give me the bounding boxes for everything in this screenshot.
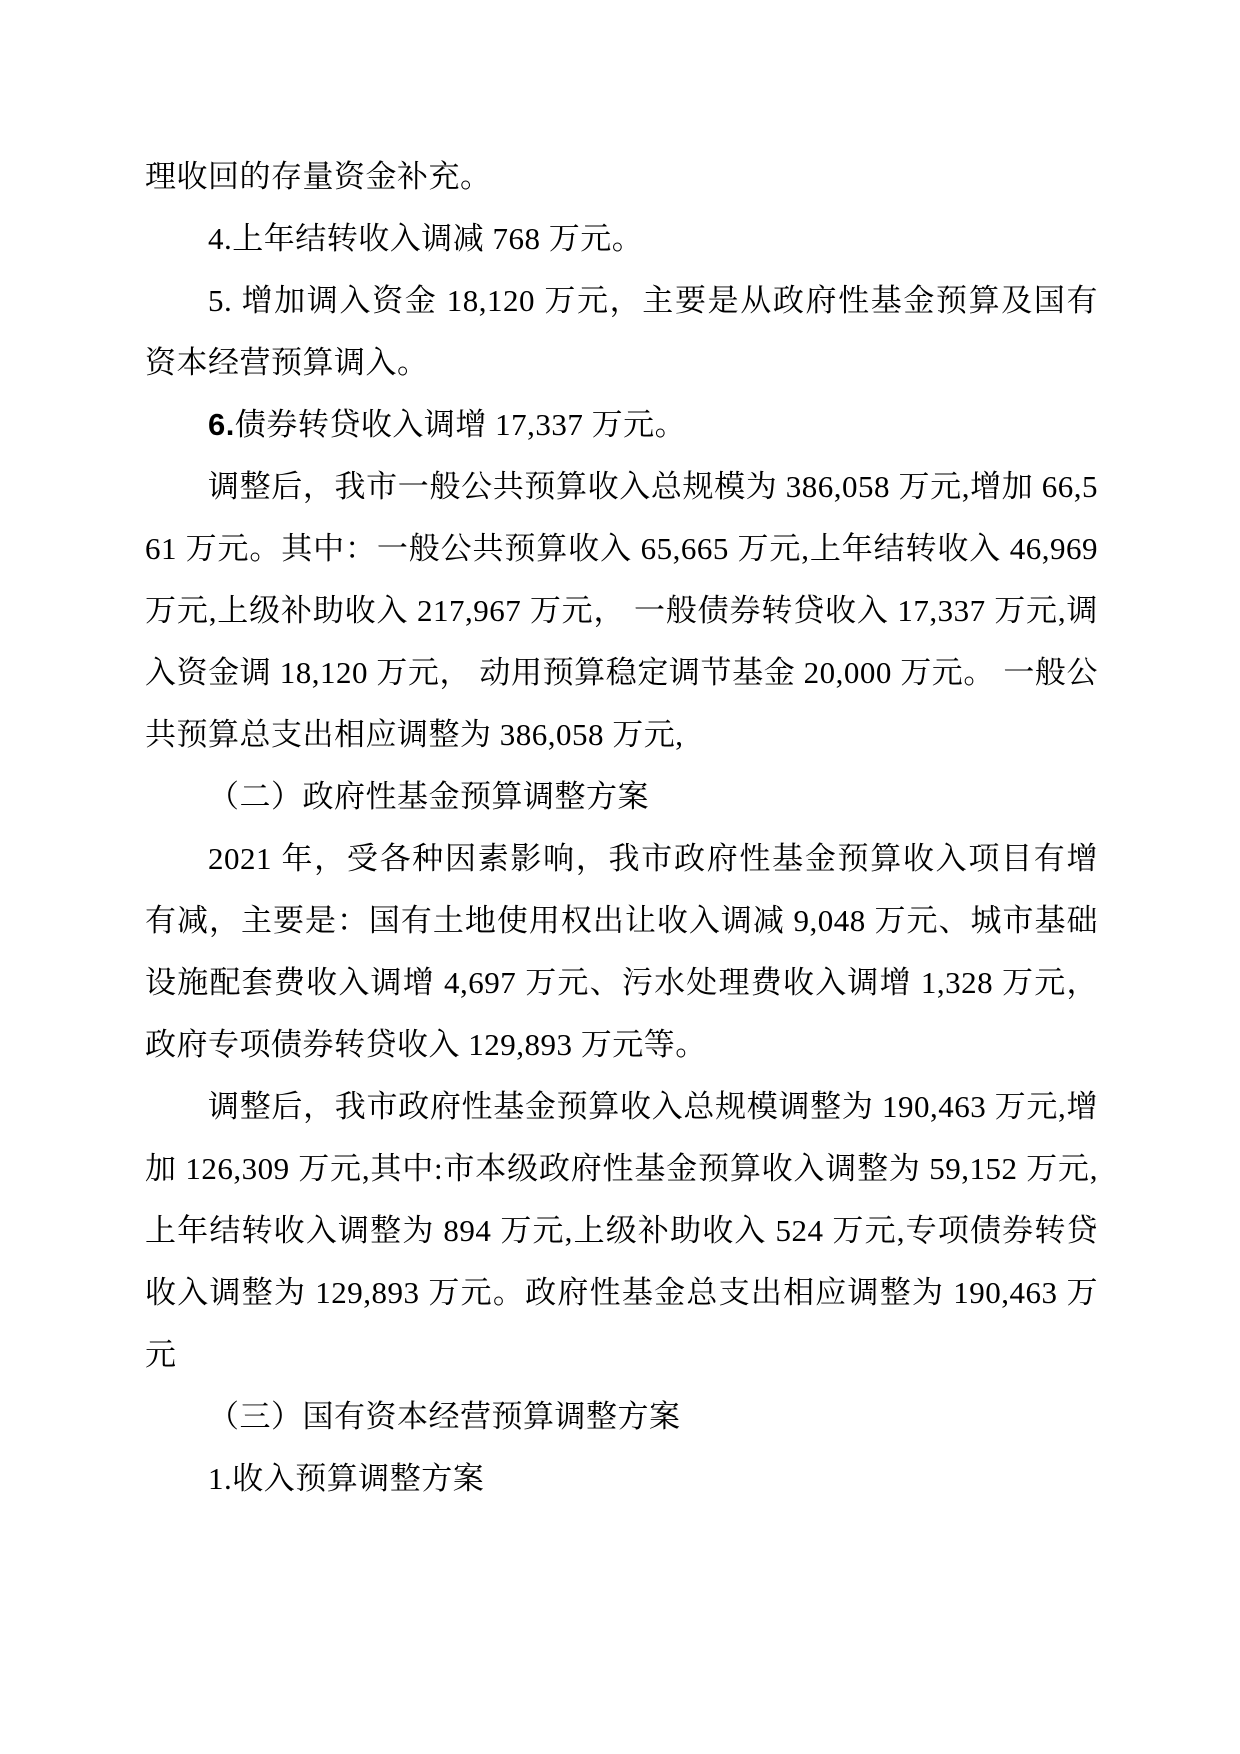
heading-section-2-gov-fund-plan: （二）政府性基金预算调整方案 bbox=[145, 766, 1098, 828]
document-content: 理收回的存量资金补充。4.上年结转收入调减 768 万元。5. 增加调入资金 1… bbox=[145, 146, 1098, 1510]
para-gov-fund-changes: 2021 年，受各种因素影响，我市政府性基金预算收入项目有增有减，主要是：国有土… bbox=[145, 828, 1098, 1076]
heading-section-3-state-capital-plan: （三）国有资本经营预算调整方案 bbox=[145, 1386, 1098, 1448]
para-list-item-6: 6.债券转贷收入调增 17,337 万元。 bbox=[145, 394, 1098, 456]
bold-list-number: 6. bbox=[208, 407, 235, 442]
para-carryover-continuation: 理收回的存量资金补充。 bbox=[145, 146, 1098, 208]
para-list-item-4: 4.上年结转收入调减 768 万元。 bbox=[145, 208, 1098, 270]
document-page: 理收回的存量资金补充。4.上年结转收入调减 768 万元。5. 增加调入资金 1… bbox=[0, 0, 1240, 1754]
para-list-item-5: 5. 增加调入资金 18,120 万元，主要是从政府性基金预算及国有资本经营预算… bbox=[145, 270, 1098, 394]
para-income-budget-plan: 1.收入预算调整方案 bbox=[145, 1448, 1098, 1510]
para-general-public-budget-summary: 调整后，我市一般公共预算收入总规模为 386,058 万元,增加 66,561 … bbox=[145, 456, 1098, 766]
para-gov-fund-summary: 调整后，我市政府性基金预算收入总规模调整为 190,463 万元,增加 126,… bbox=[145, 1076, 1098, 1386]
